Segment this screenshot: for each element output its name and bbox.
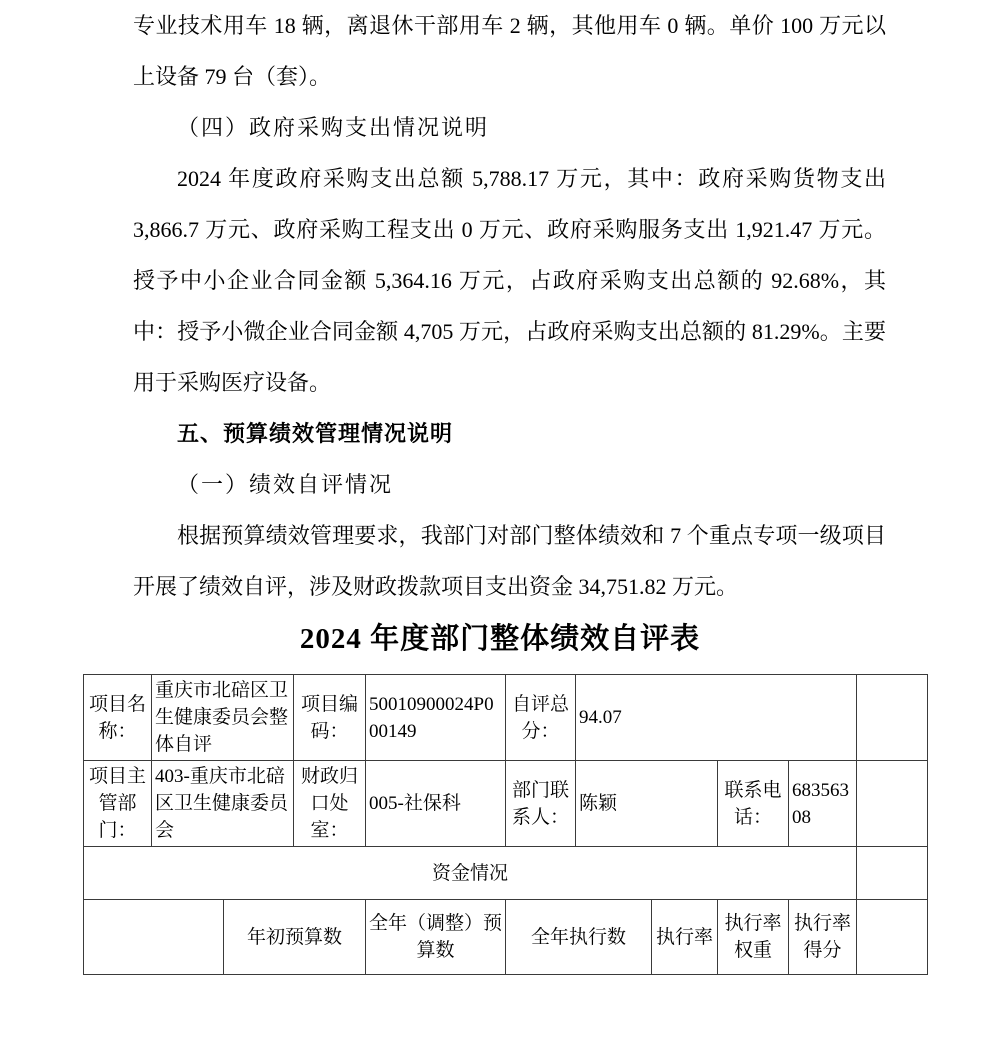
header-execution-rate: 执行率 — [652, 900, 718, 975]
empty-cell — [857, 761, 928, 847]
paragraph-vehicles-equipment: 专业技术用车 18 辆，离退休干部用车 2 辆，其他用车 0 辆。单价 100 … — [133, 0, 886, 102]
funds-section-title: 资金情况 — [84, 847, 857, 900]
table-row-funds-headers: 年初预算数 全年（调整）预算数 全年执行数 执行率 执行率权重 执行率得分 — [84, 900, 928, 975]
empty-cell — [857, 900, 928, 975]
empty-cell — [84, 900, 224, 975]
header-adjusted-budget: 全年（调整）预算数 — [366, 900, 506, 975]
heading-section-4: （四）政府采购支出情况说明 — [133, 102, 886, 153]
body-text: 专业技术用车 18 辆，离退休干部用车 2 辆，其他用车 0 辆。单价 100 … — [133, 0, 886, 612]
heading-section-5: 五、预算绩效管理情况说明 — [133, 408, 886, 459]
supervisor-dept-value: 403-重庆市北碚区卫生健康委员会 — [152, 761, 294, 847]
project-code-label: 项目编码： — [294, 675, 366, 761]
contact-phone-value: 68356308 — [789, 761, 857, 847]
contact-person-label: 部门联系人： — [506, 761, 576, 847]
table-row-project-name: 项目名称： 重庆市北碚区卫生健康委员会整体自评 项目编码： 5001090002… — [84, 675, 928, 761]
header-execution-rate-score: 执行率得分 — [789, 900, 857, 975]
finance-office-value: 005-社保科 — [366, 761, 506, 847]
paragraph-procurement: 2024 年度政府采购支出总额 5,788.17 万元，其中：政府采购货物支出 … — [133, 153, 886, 408]
heading-subsection-1: （一）绩效自评情况 — [133, 459, 886, 510]
supervisor-dept-label: 项目主管部门： — [84, 761, 152, 847]
empty-cell — [857, 675, 928, 761]
table-row-department: 项目主管部门： 403-重庆市北碚区卫生健康委员会 财政归口处室： 005-社保… — [84, 761, 928, 847]
header-initial-budget: 年初预算数 — [224, 900, 366, 975]
project-name-label: 项目名称： — [84, 675, 152, 761]
contact-phone-label: 联系电话： — [718, 761, 789, 847]
table-row-funds-section: 资金情况 — [84, 847, 928, 900]
finance-office-label: 财政归口处室： — [294, 761, 366, 847]
contact-person-value: 陈颖 — [576, 761, 718, 847]
paragraph-self-evaluation: 根据预算绩效管理要求，我部门对部门整体绩效和 7 个重点专项一级项目开展了绩效自… — [133, 510, 886, 612]
header-annual-execution: 全年执行数 — [506, 900, 652, 975]
table-title: 2024 年度部门整体绩效自评表 — [0, 616, 1000, 662]
document-page: 专业技术用车 18 辆，离退休干部用车 2 辆，其他用车 0 辆。单价 100 … — [0, 0, 1000, 1053]
project-code-value: 50010900024P000149 — [366, 675, 506, 761]
empty-cell — [857, 847, 928, 900]
project-name-value: 重庆市北碚区卫生健康委员会整体自评 — [152, 675, 294, 761]
self-score-value: 94.07 — [576, 675, 857, 761]
self-score-label: 自评总分： — [506, 675, 576, 761]
header-execution-rate-weight: 执行率权重 — [718, 900, 789, 975]
performance-self-evaluation-table: 项目名称： 重庆市北碚区卫生健康委员会整体自评 项目编码： 5001090002… — [83, 674, 928, 975]
